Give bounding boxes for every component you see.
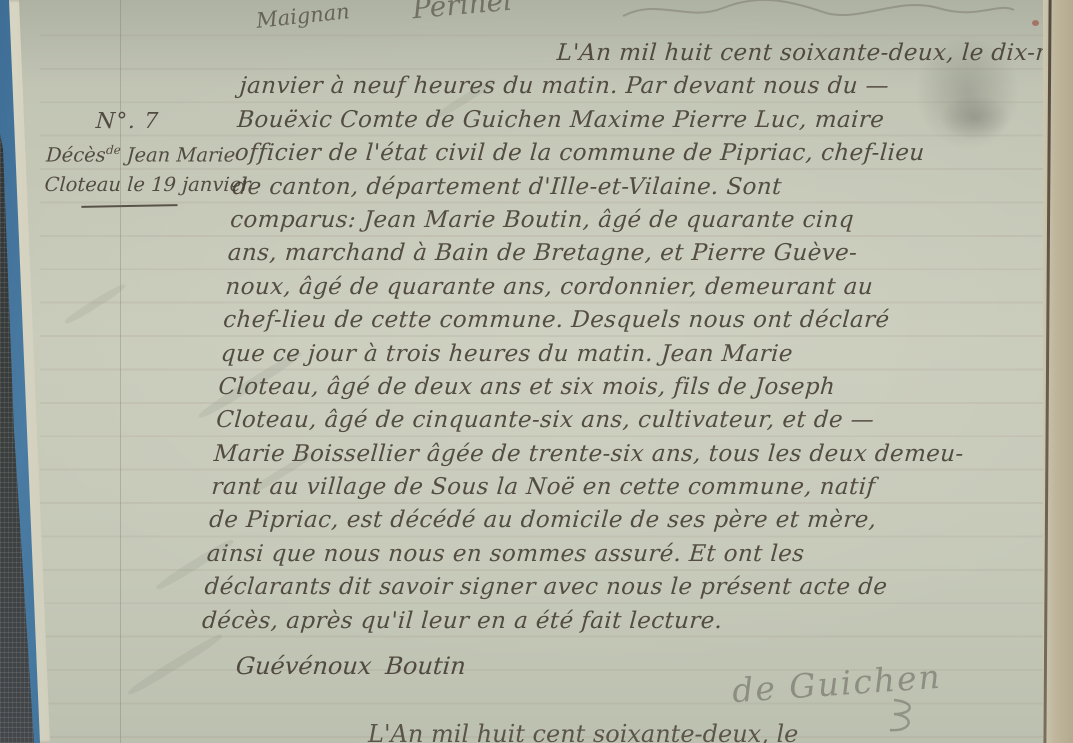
red-speck	[1032, 20, 1039, 26]
margin-note-underline	[81, 204, 177, 208]
margin-note-superscript: de	[106, 143, 122, 157]
ink-bleed-mark	[63, 282, 127, 326]
signature-boutin: Boutin	[384, 652, 467, 680]
ink-bleed-mark	[126, 632, 224, 698]
act-line: décès, après qu'il leur en a été fait le…	[201, 605, 1029, 638]
act-number: N°. 7	[47, 108, 238, 136]
margin-note-line2: Cloteau le 19 janvier	[44, 170, 236, 199]
act-line: comparus: Jean Marie Boutin, âgé de quar…	[229, 204, 1057, 237]
act-line: Cloteau, âgé de cinquante-six ans, culti…	[215, 404, 1043, 437]
next-act-first-line: L'An mil huit cent soixante-deux, le	[368, 720, 798, 743]
scanned-register-page: Maignan Périnel N°. 7 Décèsde Jean Marie…	[0, 0, 1073, 743]
act-line: janvier à neuf heures du matin. Par deva…	[238, 70, 1066, 103]
act-body: L'An mil huit cent soixante-deux, le dix…	[201, 37, 1069, 638]
act-line: ainsi que nous nous en sommes assuré. Et…	[206, 538, 1034, 571]
margin-note: N°. 7 Décèsde Jean Marie Cloteau le 19 j…	[43, 108, 238, 207]
act-line: ans, marchand à Bain de Bretagne, et Pie…	[227, 237, 1055, 270]
act-line: Bouëxic Comte de Guichen Maxime Pierre L…	[236, 104, 1064, 137]
act-line: de canton, département d'Ille-et-Vilaine…	[231, 171, 1059, 204]
act-line: L'An mil huit cent soixante-deux, le dix…	[241, 37, 1069, 70]
signature-maignan: Maignan	[255, 0, 351, 33]
faded-script-mark	[618, 0, 1018, 30]
act-line: de Pipriac, est décédé au domicile de se…	[208, 504, 1036, 537]
margin-vertical-rule	[120, 0, 121, 743]
act-line: Marie Boissellier âgée de trente-six ans…	[213, 438, 1041, 471]
act-line: que ce jour à trois heures du matin. Jea…	[220, 338, 1048, 371]
signature-guevenoux: Guévénoux	[235, 652, 373, 680]
signature-flourish	[882, 698, 928, 740]
act-line: chef-lieu de cette commune. Desquels nou…	[222, 304, 1050, 337]
act-line: noux, âgé de quarante ans, cordonnier, d…	[224, 271, 1052, 304]
act-signatures: GuévénouxBoutin	[235, 652, 797, 680]
margin-note-line1: Décèsde Jean Marie	[45, 136, 237, 170]
act-line: déclarants dit savoir signer avec nous l…	[203, 571, 1031, 604]
signature-perinel: Périnel	[411, 0, 514, 25]
act-line: Cloteau, âgé de deux ans et six mois, fi…	[217, 371, 1045, 404]
act-line: officier de l'état civil de la commune d…	[234, 137, 1062, 170]
act-line: rant au village de Sous la Noë en cette …	[210, 471, 1038, 504]
